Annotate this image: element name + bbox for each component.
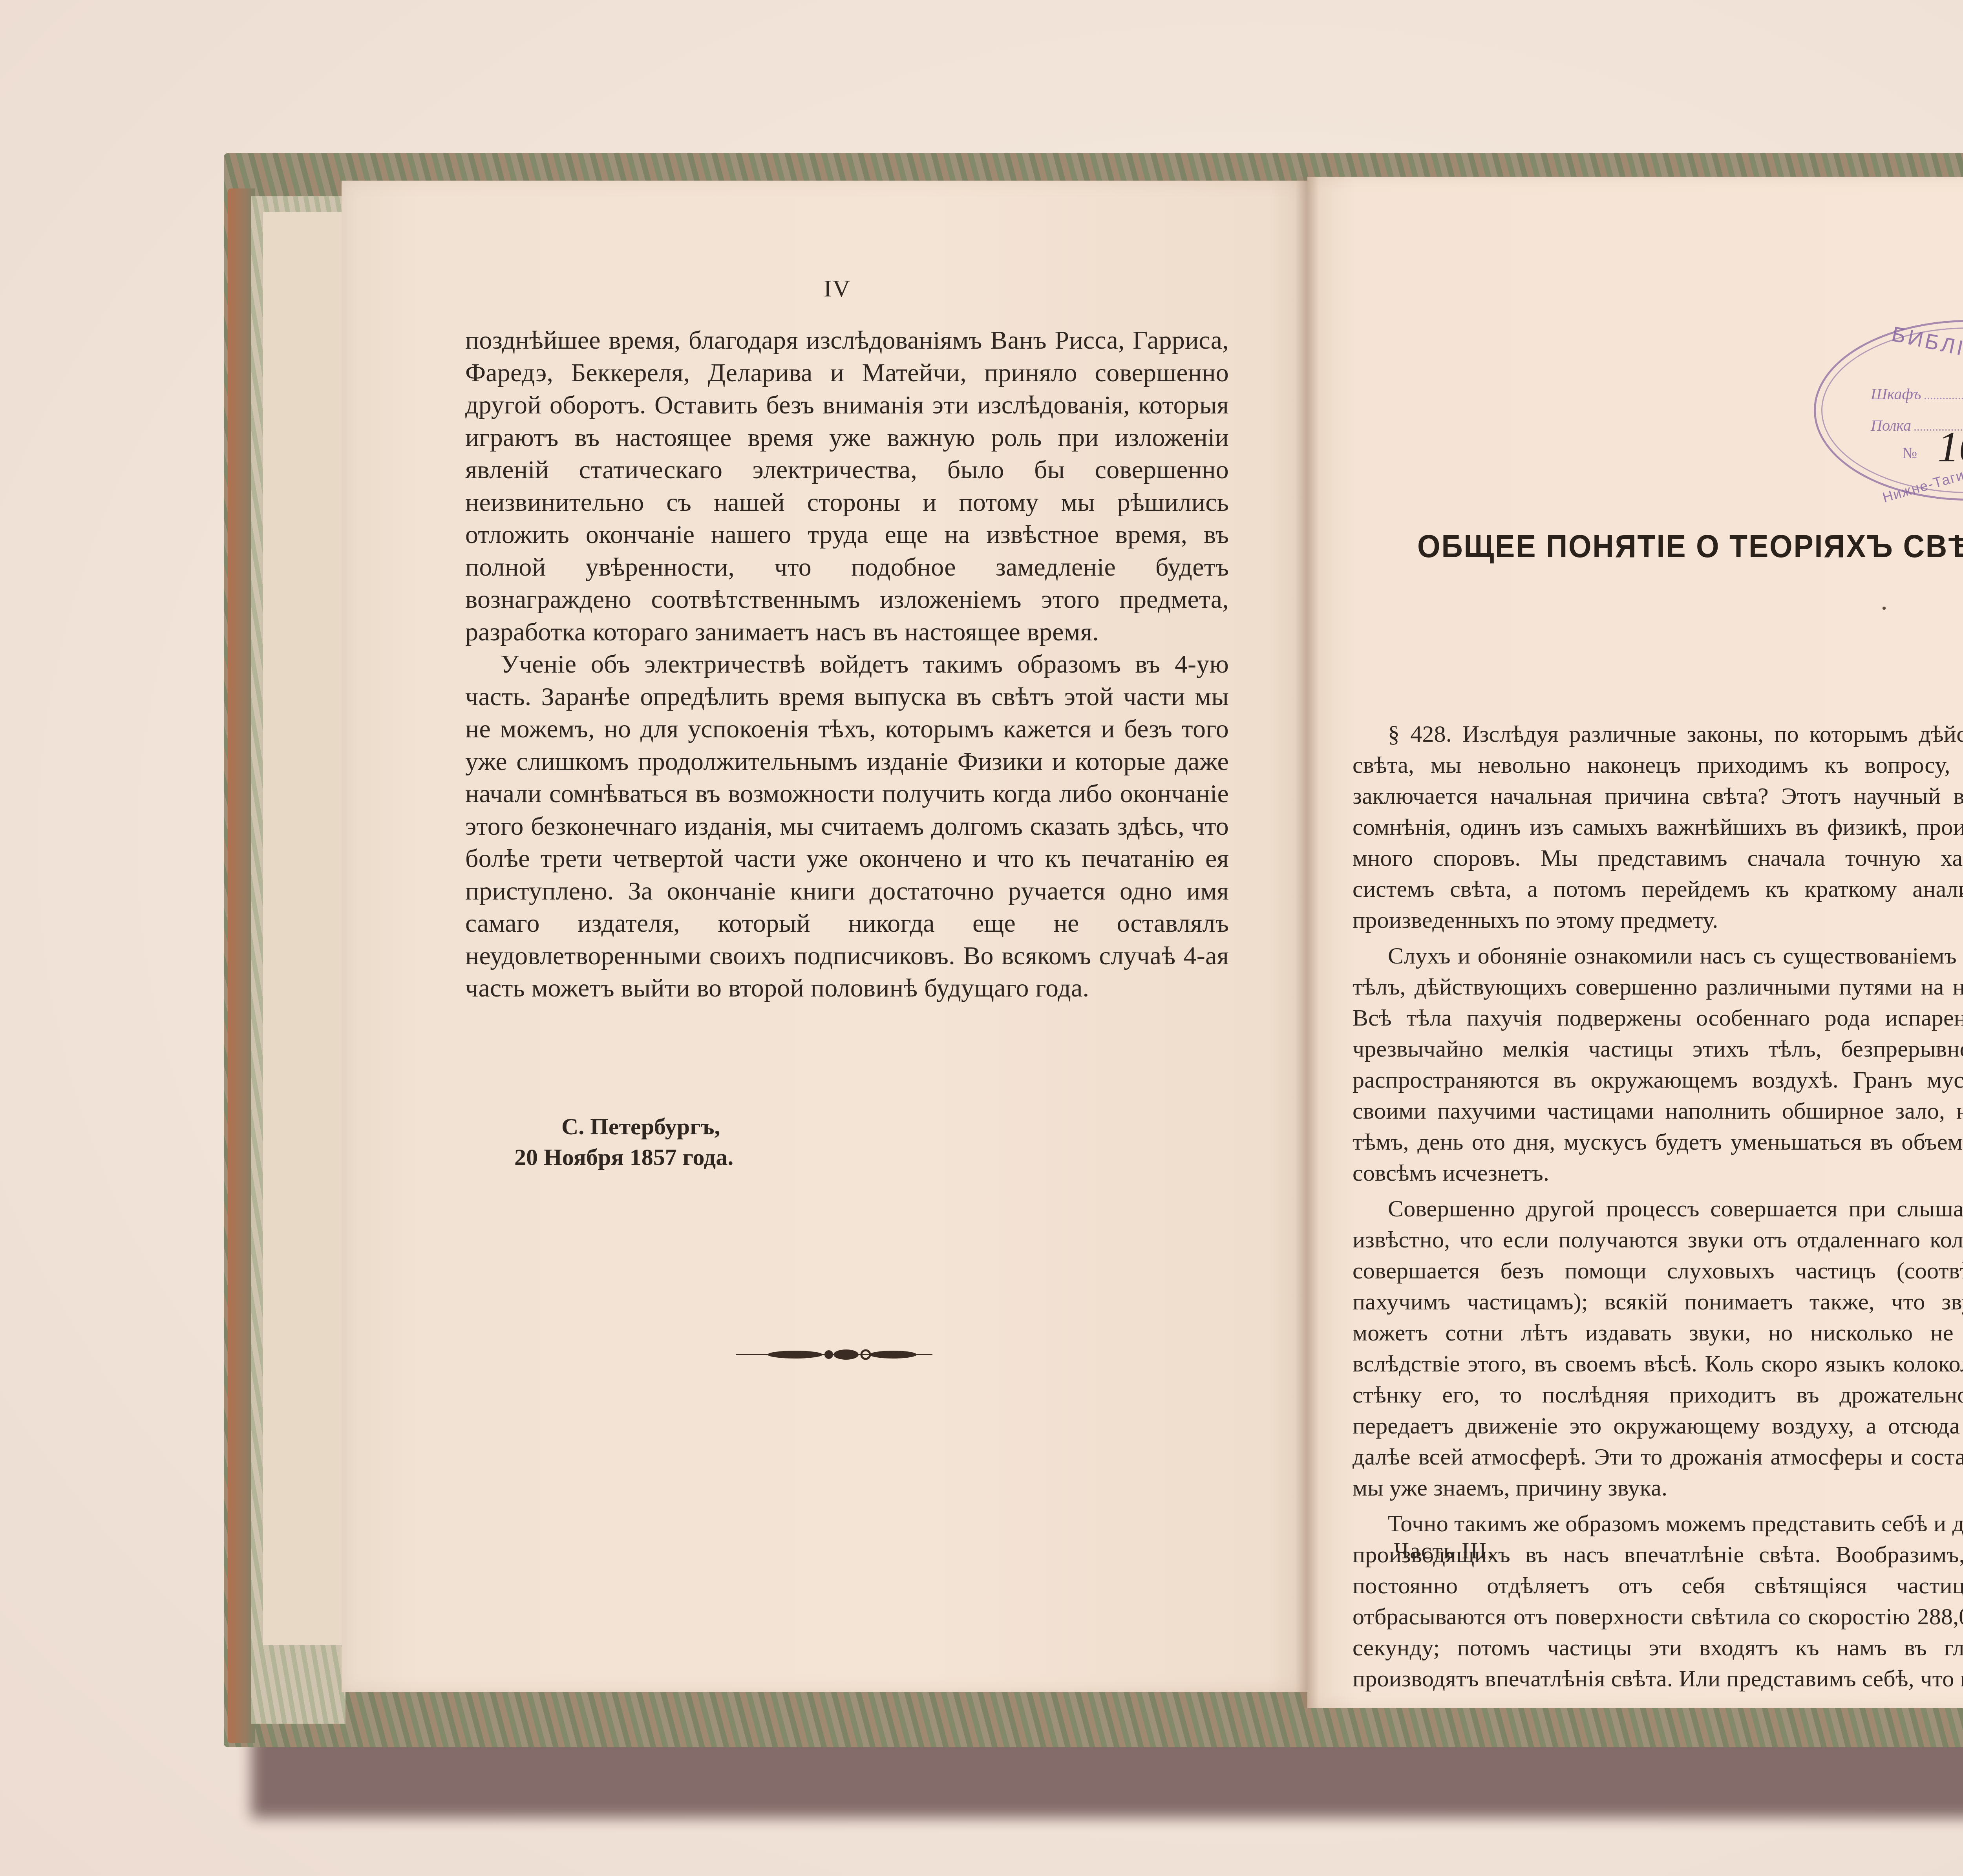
stamp-polka-label: Полка xyxy=(1871,417,1911,434)
footer-part-label: Часть III. xyxy=(1394,1537,1494,1564)
paragraph: Совершенно другой процессъ совершается п… xyxy=(1353,1193,1963,1503)
stamp-number-label: № xyxy=(1902,444,1917,462)
paragraph: Точно такимъ же образомъ можемъ представ… xyxy=(1353,1508,1963,1694)
signature-date: 20 Ноября 1857 года. xyxy=(514,1142,733,1172)
stamp-shelf-label: Шкафъ xyxy=(1871,385,1921,403)
paragraph: позднѣйшее время, благодаря изслѣдованія… xyxy=(465,324,1229,648)
stamp-shelf-row: Шкафъ xyxy=(1871,385,1963,403)
paragraph: Ученіе объ электричествѣ войдетъ такимъ … xyxy=(465,648,1229,1005)
stamp-dotted-line xyxy=(1925,398,1963,399)
stamp-number-row: № xyxy=(1902,444,1917,462)
flyleaf-paper-stack xyxy=(263,212,352,1645)
ornament-rule-icon xyxy=(736,1347,932,1362)
paragraph: Слухъ и обоняніе ознакомили насъ съ суще… xyxy=(1353,940,1963,1188)
paragraph: § 428. Изслѣдуя различные законы, по кот… xyxy=(1353,719,1963,936)
chapter-heading: ОБЩЕЕ ПОНЯТІЕ О ТЕОРІЯХЪ СВѢТА. xyxy=(1417,528,1963,565)
stamp-handwritten-number: 1013 xyxy=(1937,422,1963,472)
signature-place: С. Петербургъ, xyxy=(514,1111,733,1142)
page-folio: IV xyxy=(824,275,851,303)
book-gutter xyxy=(1296,177,1319,1708)
left-page-body: позднѣйшее время, благодаря изслѣдованія… xyxy=(465,324,1229,1005)
ink-speck xyxy=(1883,607,1886,610)
signature-block: С. Петербургъ, 20 Ноября 1857 года. xyxy=(514,1111,733,1172)
